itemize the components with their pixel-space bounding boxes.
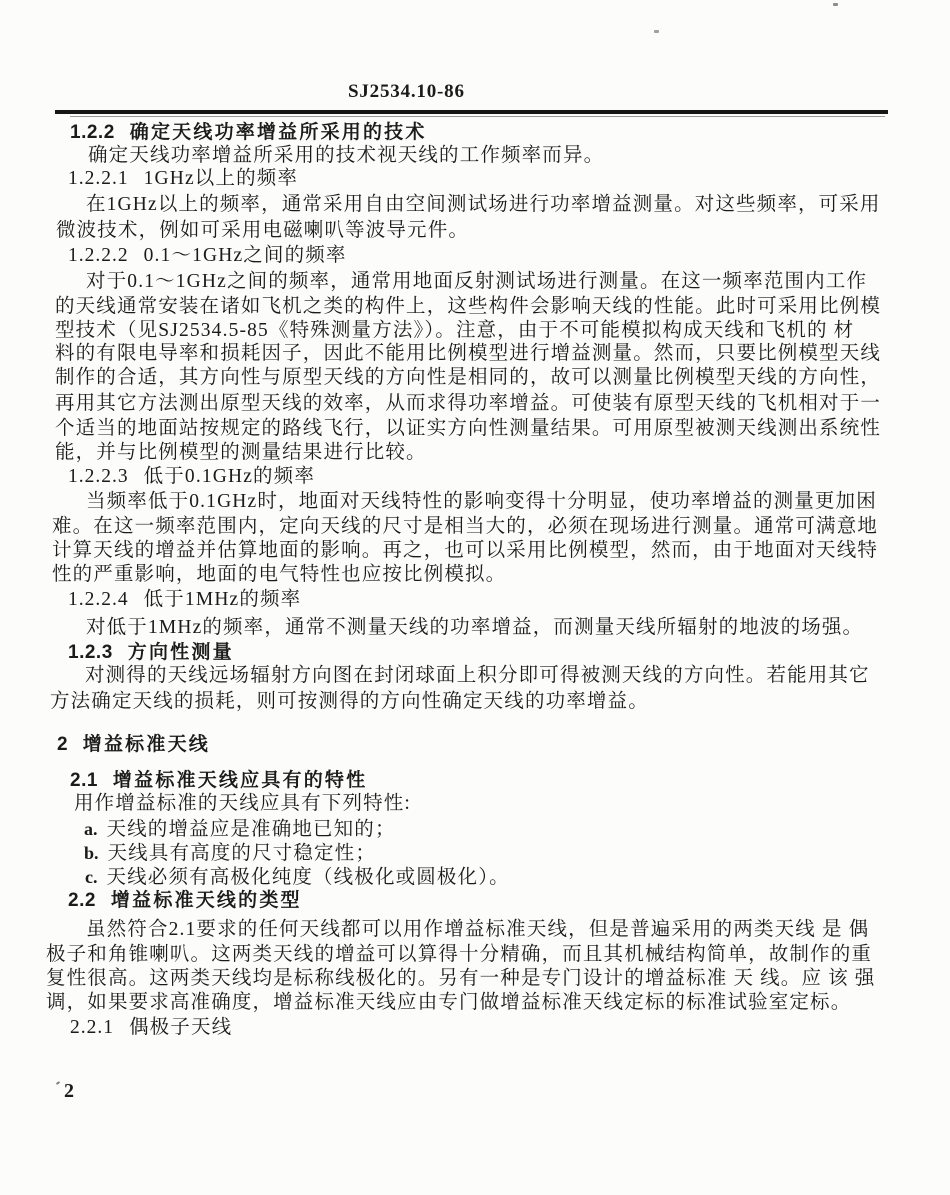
list-marker: a. bbox=[84, 819, 98, 839]
paragraph-line: 在1GHz以上的频率，通常采用自由空间测试场进行功率增益测量。对这些频率，可采用 bbox=[86, 193, 881, 217]
clause-number: 1.2.2.4 bbox=[68, 589, 129, 610]
paragraph-line: 用作增益标准的天线应具有下列特性: bbox=[74, 792, 411, 816]
list-item: b.天线具有高度的尺寸稳定性； bbox=[84, 841, 376, 866]
list-item: a.天线的增益应是准确地已知的； bbox=[84, 817, 396, 842]
paragraph-line: 难。在这一频率范围内，定向天线的尺寸是相当大的，必须在现场进行测量。通常可满意地 bbox=[52, 515, 878, 539]
paragraph-line: 确定天线功率增益所采用的技术视天线的工作频率而异。 bbox=[88, 144, 604, 168]
clause-heading-1-2-2: 1.2.2确定天线功率增益所采用的技术 bbox=[70, 121, 427, 145]
clause-number: 2.2.1 bbox=[70, 1017, 114, 1038]
section-number: 2 bbox=[57, 734, 70, 755]
paragraph-line: 对测得的天线远场辐射方向图在封闭球面上积分即可得被测天线的方向性。若能用其它 bbox=[85, 664, 870, 688]
clause-number: 1.2.3 bbox=[68, 642, 113, 663]
clause-number: 1.2.2 bbox=[70, 122, 115, 143]
scan-speck bbox=[654, 30, 659, 33]
clause-title: 增益标准天线的类型 bbox=[111, 890, 302, 911]
clause-heading-2-2: 2.2增益标准天线的类型 bbox=[68, 889, 302, 913]
paragraph-line: 当频率低于0.1GHz时，地面对天线特性的影响变得十分明显，使功率增益的测量更加… bbox=[86, 490, 877, 514]
scan-speck bbox=[833, 3, 838, 6]
paragraph-line: 型技术（见SJ2534.5-85《特殊测量方法》）。注意，由于不可能模拟构成天线… bbox=[55, 319, 854, 343]
clause-number: 2.1 bbox=[70, 770, 98, 791]
clause-heading-1-2-2-4: 1.2.2.4低于1MHz的频率 bbox=[68, 588, 301, 612]
paragraph-line: 能，并与比例模型的测量结果进行比较。 bbox=[55, 441, 427, 465]
paragraph-line: 虽然符合2.1要求的任何天线都可以用作增益标准天线，但是普遍采用的两类天线 是 … bbox=[86, 918, 869, 942]
clause-title: 偶极子天线 bbox=[129, 1017, 232, 1038]
paragraph-line: 对低于1MHz的频率，通常不测量天线的功率增益，而测量天线所辐射的地波的场强。 bbox=[86, 616, 863, 640]
standard-number: SJ2534.10-86 bbox=[348, 81, 465, 103]
paragraph-line: 个适当的地面站按规定的路线飞行，以证实方向性测量结果。可用原型被测天线测出系统性 bbox=[55, 417, 881, 441]
clause-heading-1-2-2-3: 1.2.2.3低于0.1GHz的频率 bbox=[68, 465, 315, 489]
list-item-text: 天线的增益应是准确地已知的； bbox=[107, 819, 396, 840]
clause-heading-1-2-3: 1.2.3方向性测量 bbox=[68, 641, 234, 665]
clause-number: 2.2 bbox=[68, 890, 96, 911]
paragraph-line: 再用其它方法测出原型天线的效率，从而求得功率增益。可使装有原型天线的飞机相对于一 bbox=[55, 392, 881, 416]
paragraph-line: 料的有限电导率和损耗因子，因此不能用比例模型进行增益测量。然而，只要比例模型天线 bbox=[55, 342, 881, 366]
clause-number: 1.2.2.3 bbox=[68, 466, 129, 487]
list-marker: c. bbox=[85, 867, 98, 887]
clause-heading-2-2-1: 2.2.1偶极子天线 bbox=[70, 1016, 232, 1040]
header-rule-echo bbox=[70, 116, 885, 117]
section-heading-2: 2增益标准天线 bbox=[57, 733, 210, 757]
clause-number: 1.2.2.1 bbox=[68, 168, 129, 189]
scan-speck bbox=[56, 1081, 60, 1085]
clause-title: 1GHz以上的频率 bbox=[144, 168, 298, 189]
scanned-document-page: SJ2534.10-86 1.2.2确定天线功率增益所采用的技术 确定天线功率增… bbox=[0, 0, 950, 1195]
clause-title: 低于1MHz的频率 bbox=[144, 589, 302, 610]
clause-heading-1-2-2-2: 1.2.2.20.1～1GHz之间的频率 bbox=[68, 244, 347, 268]
list-item: c.天线必须有高极化纯度（线极化或圆极化）。 bbox=[85, 865, 510, 890]
section-title: 增益标准天线 bbox=[83, 734, 210, 755]
clause-title: 方向性测量 bbox=[128, 642, 234, 663]
page-number: 2 bbox=[64, 1080, 74, 1103]
paragraph-line: 性的严重影响，地面的电气特性也应按比例模拟。 bbox=[52, 563, 506, 587]
clause-title: 0.1～1GHz之间的频率 bbox=[144, 245, 347, 266]
clause-number: 1.2.2.2 bbox=[68, 245, 129, 266]
clause-heading-1-2-2-1: 1.2.2.11GHz以上的频率 bbox=[68, 167, 298, 191]
paragraph-line: 极子和角锥喇叭。这两类天线的增益可以算得十分精确，而且其机械结构简单，故制作的重 bbox=[46, 943, 872, 967]
paragraph-line: 对于0.1～1GHz之间的频率，通常用地面反射测试场进行测量。在这一频率范围内工… bbox=[86, 270, 867, 294]
paragraph-line: 复性很高。这两类天线均是标称线极化的。另有一种是专门设计的增益标准 天 线。应 … bbox=[46, 967, 875, 991]
list-marker: b. bbox=[84, 843, 99, 863]
paragraph-line: 计算天线的增益并估算地面的影响。再之，也可以采用比例模型，然而，由于地面对天线特 bbox=[52, 539, 878, 563]
list-item-text: 天线具有高度的尺寸稳定性； bbox=[108, 843, 376, 864]
list-item-text: 天线必须有高极化纯度（线极化或圆极化）。 bbox=[107, 867, 510, 888]
paragraph-line: 调，如果要求高准确度，增益标准天线应由专门做增益标准天线定标的标准试验室定标。 bbox=[46, 991, 851, 1015]
paragraph-line: 方法确定天线的损耗，则可按测得的方向性确定天线的功率增益。 bbox=[50, 690, 649, 714]
header-rule bbox=[55, 110, 888, 114]
clause-title: 确定天线功率增益所采用的技术 bbox=[130, 122, 427, 143]
clause-heading-2-1: 2.1增益标准天线应具有的特性 bbox=[70, 769, 367, 793]
paragraph-line: 制作的合适，其方向性与原型天线的方向性是相同的，故可以测量比例模型天线的方向性， bbox=[55, 366, 881, 390]
clause-title: 低于0.1GHz的频率 bbox=[144, 466, 315, 487]
paragraph-line: 微波技术，例如可采用电磁喇叭等波导元件。 bbox=[56, 219, 469, 243]
paragraph-line: 的天线通常安装在诸如飞机之类的构件上，这些构件会影响天线的性能。此时可采用比例模 bbox=[55, 295, 881, 319]
clause-title: 增益标准天线应具有的特性 bbox=[113, 770, 367, 791]
